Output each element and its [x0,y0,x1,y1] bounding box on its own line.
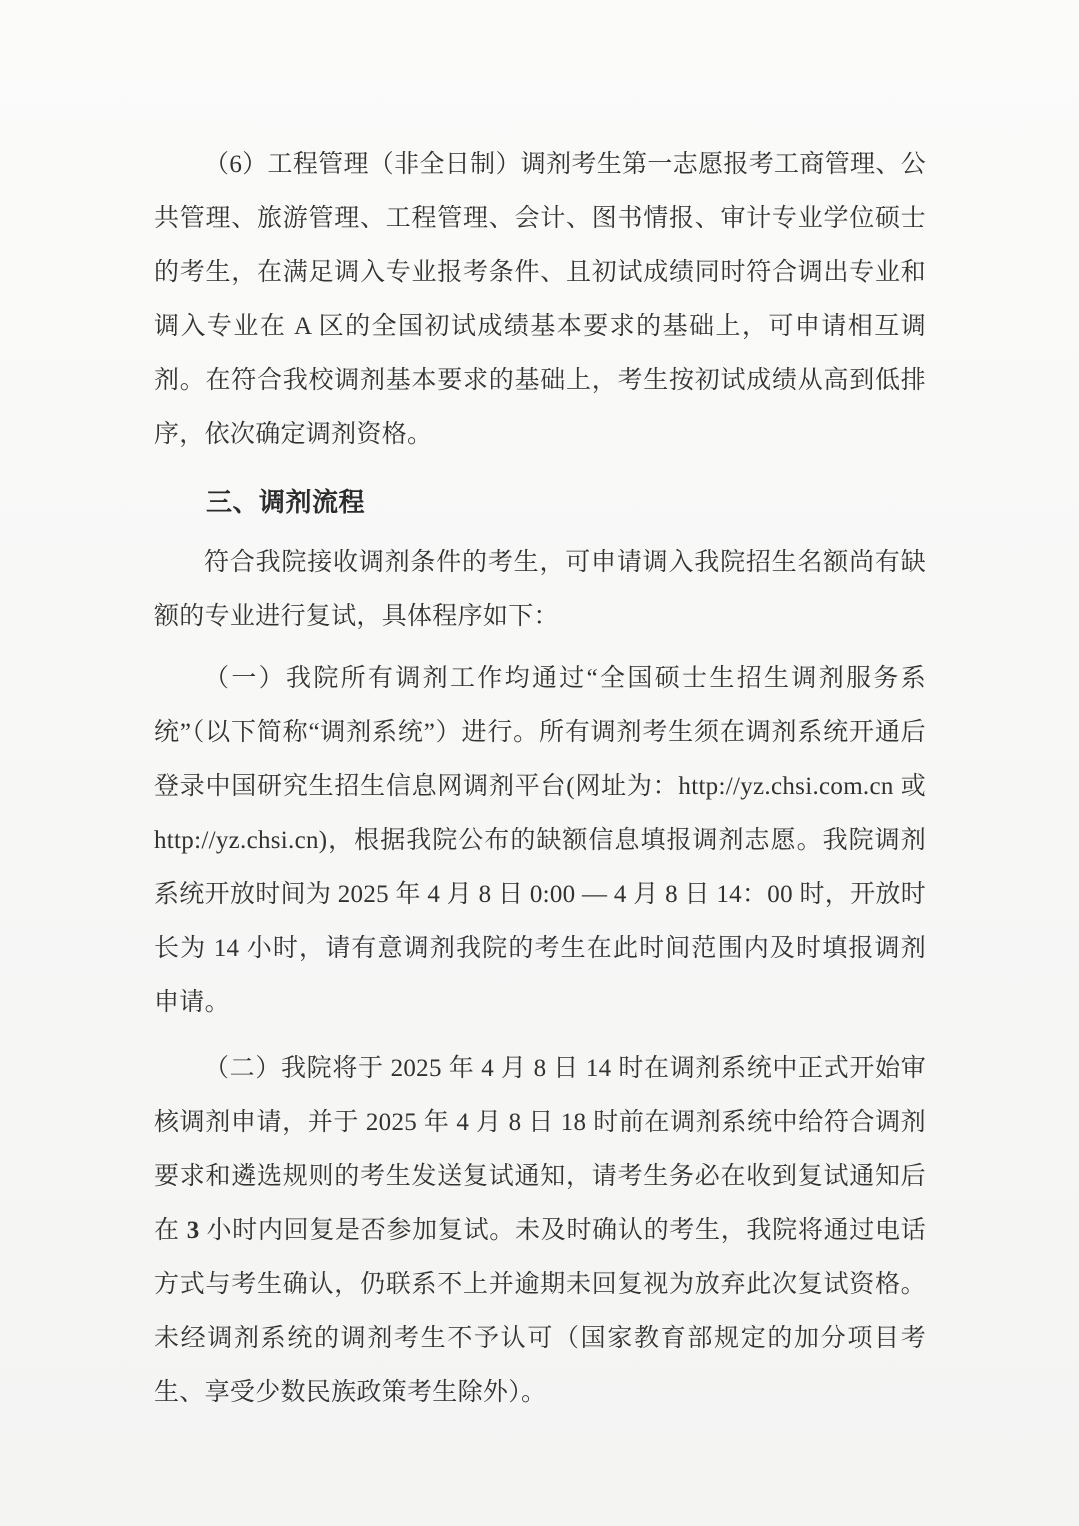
document-page: （6）工程管理（非全日制）调剂考生第一志愿报考工商管理、公共管理、旅游管理、工程… [0,0,1079,1526]
paragraph-step-2-text-before: （二）我院将于 2025 年 4 月 8 日 14 时在调剂系统中正式开始审核调… [154,1055,926,1244]
paragraph-step-1: （一）我院所有调剂工作均通过“全国硕士生招生调剂服务系统”（以下简称“调剂系统”… [154,652,926,1030]
paragraph-step-2: （二）我院将于 2025 年 4 月 8 日 14 时在调剂系统中正式开始审核调… [154,1042,926,1420]
paragraph-step-2-text-after: 小时内回复是否参加复试。未及时确认的考生，我院将通过电话方式与考生确认，仍联系不… [154,1217,926,1406]
intro-paragraph: 符合我院接收调剂条件的考生，可申请调入我院招生名额尚有缺额的专业进行复试，具体程… [154,536,926,644]
reply-hours-bold-number: 3 [187,1217,200,1244]
section-heading-transfer-process: 三、调剂流程 [154,476,926,530]
paragraph-item-6: （6）工程管理（非全日制）调剂考生第一志愿报考工商管理、公共管理、旅游管理、工程… [154,138,926,462]
